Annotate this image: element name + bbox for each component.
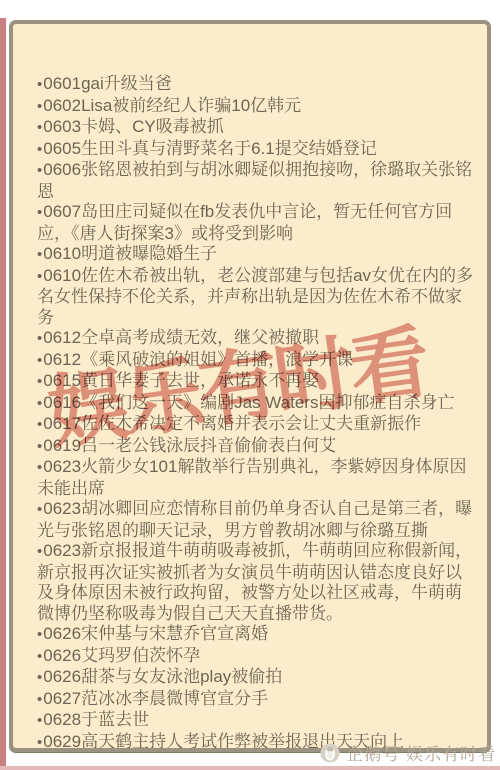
- left-edge-strip: [0, 18, 6, 770]
- item-text: 0628于蓝去世: [43, 710, 149, 729]
- list-item: •0616《我们这一天》编剧Jas Waters因抑郁症自杀身亡: [37, 393, 475, 415]
- item-text: 0616《我们这一天》编剧Jas Waters因抑郁症自杀身亡: [43, 393, 454, 412]
- item-text: 0627范冰冰李晨微博官宣分手: [43, 689, 268, 708]
- list-item: •0626宋仲基与宋慧乔官宣离婚: [37, 624, 475, 646]
- list-item: •0629高天鹤主持人考试作弊被举报退出天天向上: [37, 732, 475, 749]
- news-list: •0601gai升级当爸•0602Lisa被前经纪人诈骗10亿韩元•0603卡姆…: [13, 24, 487, 748]
- list-item: •0615黄日华妻子去世，承诺永不再娶: [37, 371, 475, 393]
- list-item: •0603卡姆、CY吸毒被抓: [37, 117, 475, 139]
- list-item: •0628于蓝去世: [37, 710, 475, 732]
- list-item: •0602Lisa被前经纪人诈骗10亿韩元: [37, 96, 475, 118]
- list-item: •0601gai升级当爸: [37, 74, 475, 96]
- bottom-edge-strip: [0, 766, 500, 770]
- item-text: 0615黄日华妻子去世，承诺永不再娶: [43, 371, 319, 390]
- item-text: 0629高天鹤主持人考试作弊被举报退出天天向上: [43, 732, 404, 749]
- item-text: 0623火箭少女101解散举行告别典礼，李紫婷因身体原因未能出席: [37, 457, 466, 498]
- item-text: 0626艾玛罗伯茨怀孕: [43, 646, 200, 665]
- item-text: 0626宋仲基与宋慧乔官宣离婚: [43, 624, 268, 643]
- list-item: •0610佐佐木希被出轨，老公渡部建与包括av女优在内的多名女性保持不伦关系，并…: [37, 266, 475, 329]
- item-text: 0626甜茶与女友泳池play被偷拍: [43, 667, 282, 686]
- item-text: 0612仝卓高考成绩无效，继父被撤职: [43, 328, 319, 347]
- item-text: 0623新京报报道牛萌萌吸毒被抓，牛萌萌回应称假新闻，新京报再次证实被抓者为女演…: [37, 541, 472, 623]
- list-item: •0606张铭恩被拍到与胡冰卿疑似拥抱接吻，徐璐取关张铭恩: [37, 160, 475, 202]
- item-text: 0610佐佐木希被出轨，老公渡部建与包括av女优在内的多名女性保持不伦关系，并声…: [37, 266, 473, 327]
- list-item: •0610明道被曝隐婚生子: [37, 244, 475, 266]
- item-text: 0602Lisa被前经纪人诈骗10亿韩元: [43, 96, 301, 115]
- list-item: •0619吕一老公钱泳辰抖音偷偷表白何艾: [37, 436, 475, 458]
- item-text: 0617佐佐木希决定不离婚并表示会让丈夫重新振作: [43, 414, 421, 433]
- item-text: 0610明道被曝隐婚生子: [43, 244, 217, 263]
- item-text: 0603卡姆、CY吸毒被抓: [43, 117, 223, 136]
- list-item: •0612仝卓高考成绩无效，继父被撤职: [37, 328, 475, 350]
- list-item: •0626甜茶与女友泳池play被偷拍: [37, 667, 475, 689]
- list-item: •0605生田斗真与清野菜名于6.1提交结婚登记: [37, 139, 475, 161]
- item-text: 0605生田斗真与清野菜名于6.1提交结婚登记: [43, 139, 376, 158]
- list-item: •0623新京报报道牛萌萌吸毒被抓，牛萌萌回应称假新闻，新京报再次证实被抓者为女…: [37, 541, 475, 624]
- list-item: •0627范冰冰李晨微博官宣分手: [37, 689, 475, 711]
- item-text: 0601gai升级当爸: [43, 74, 172, 93]
- news-card: •0601gai升级当爸•0602Lisa被前经纪人诈骗10亿韩元•0603卡姆…: [9, 20, 491, 752]
- item-text: 0606张铭恩被拍到与胡冰卿疑似拥抱接吻，徐璐取关张铭恩: [37, 160, 472, 201]
- list-item: •0607岛田庄司疑似在fb发表仇中言论，暂无任何官方回应，《唐人街探案3》或将…: [37, 202, 475, 244]
- list-item: •0626艾玛罗伯茨怀孕: [37, 646, 475, 668]
- list-item: •0623火箭少女101解散举行告别典礼，李紫婷因身体原因未能出席: [37, 457, 475, 499]
- item-text: 0607岛田庄司疑似在fb发表仇中言论，暂无任何官方回应，《唐人街探案3》或将受…: [37, 202, 452, 243]
- list-item: •0612《乘风破浪的姐姐》首播，浪学开课: [37, 350, 475, 372]
- item-text: 0623胡冰卿回应恋情称目前仍单身否认自己是第三者，曝光与张铭恩的聊天记录，男方…: [37, 499, 472, 540]
- item-text: 0612《乘风破浪的姐姐》首播，浪学开课: [43, 350, 353, 369]
- item-text: 0619吕一老公钱泳辰抖音偷偷表白何艾: [43, 436, 336, 455]
- list-item: •0617佐佐木希决定不离婚并表示会让丈夫重新振作: [37, 414, 475, 436]
- list-item: •0623胡冰卿回应恋情称目前仍单身否认自己是第三者，曝光与张铭恩的聊天记录，男…: [37, 499, 475, 541]
